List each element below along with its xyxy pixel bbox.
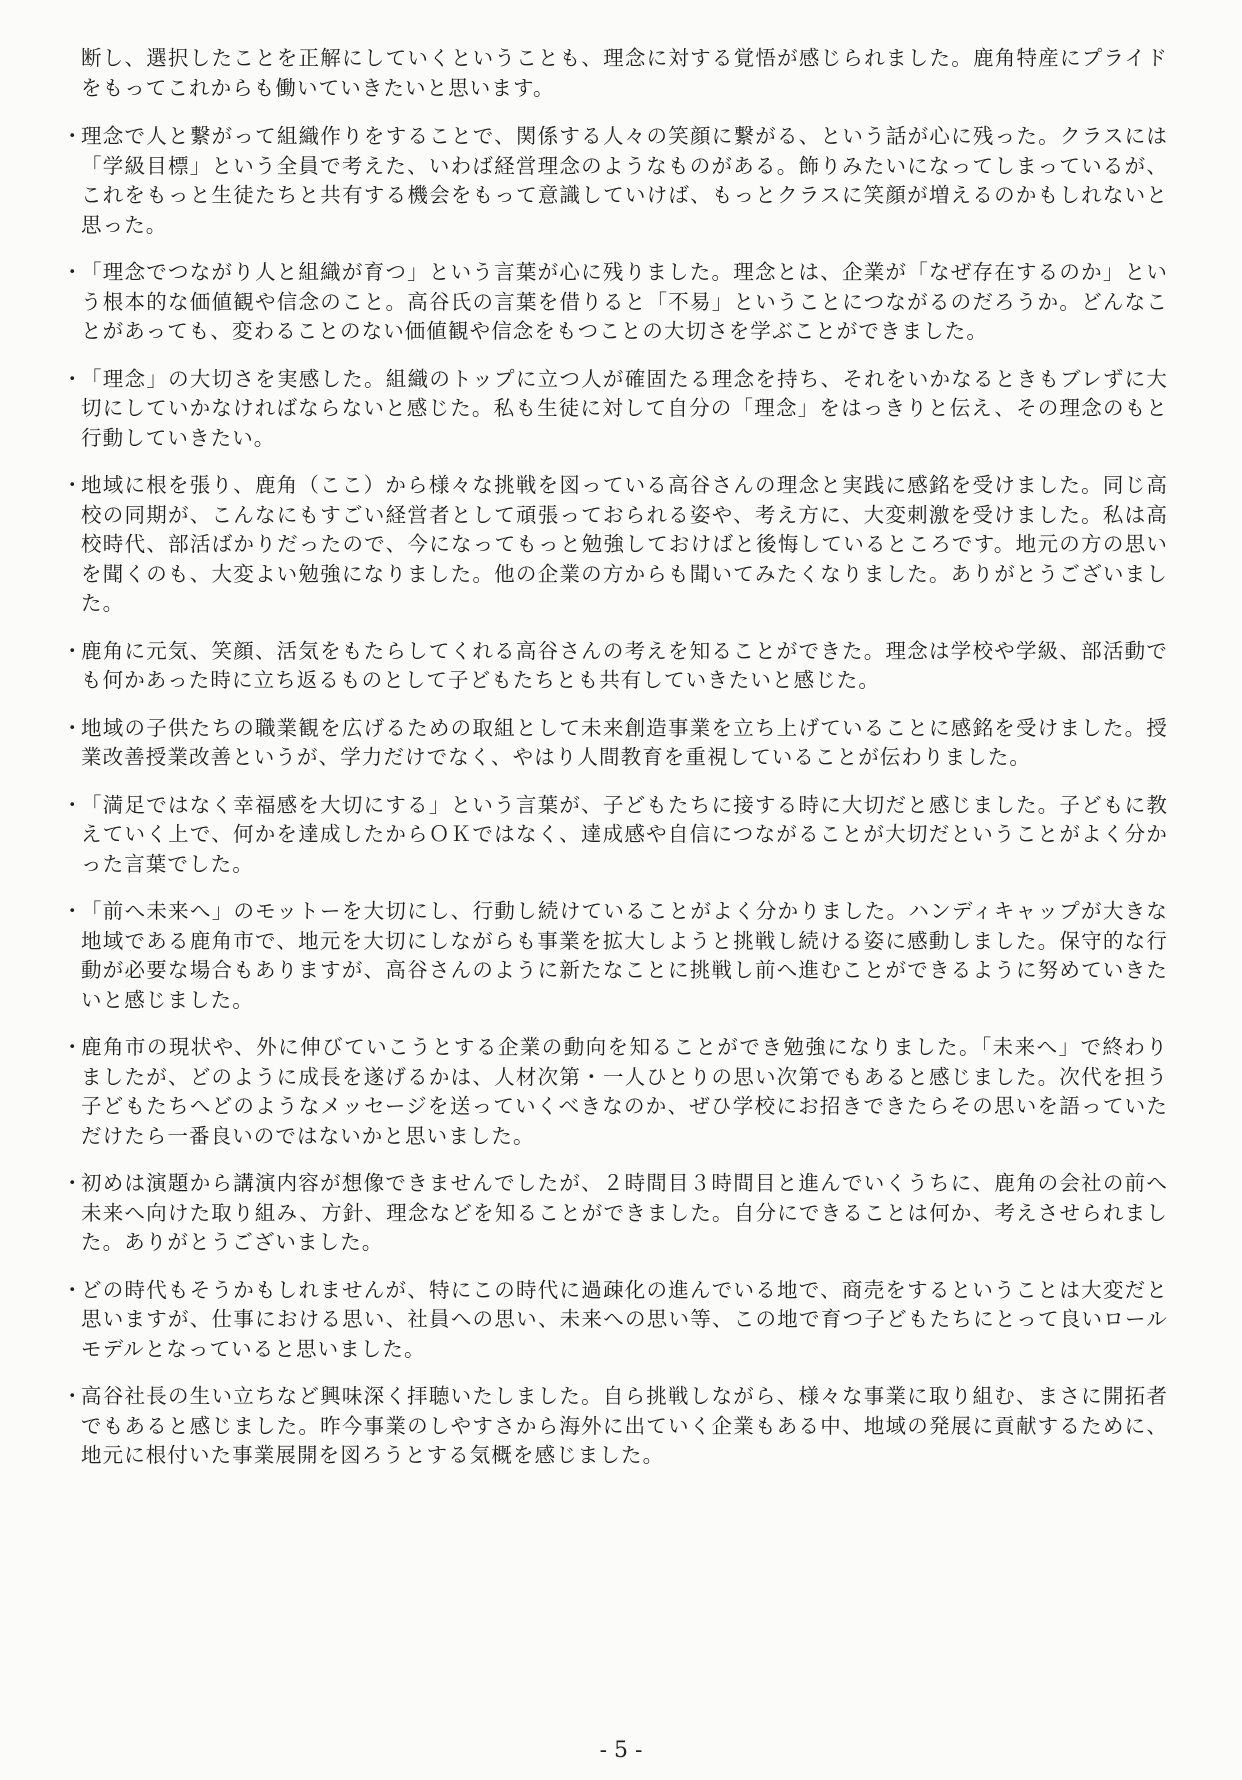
comment-text: 鹿角に元気、笑顔、活気をもたらしてくれる高谷さんの考えを知ることができた。理念は… bbox=[81, 637, 1168, 696]
bullet-icon: ・ bbox=[62, 1276, 78, 1306]
page-number: - 5 - bbox=[0, 1738, 1242, 1763]
comment-item: ・ 高谷社長の生い立ちなど興味深く拝聴いたしました。自ら挑戦しながら、様々な事業… bbox=[62, 1382, 1168, 1471]
comment-item: ・ 「理念でつながり人と組織が育つ」という言葉が心に残りました。理念とは、企業が… bbox=[62, 258, 1168, 347]
comment-item: ・ 地域に根を張り、鹿角（ここ）から様々な挑戦を図っている高谷さんの理念と実践に… bbox=[62, 471, 1168, 619]
bullet-icon: ・ bbox=[62, 1033, 78, 1063]
bullet-icon: ・ bbox=[62, 1169, 78, 1199]
bullet-icon: ・ bbox=[62, 122, 78, 152]
bullet-icon: ・ bbox=[62, 791, 78, 821]
comment-text: 高谷社長の生い立ちなど興味深く拝聴いたしました。自ら挑戦しながら、様々な事業に取… bbox=[81, 1382, 1168, 1471]
comment-text: 理念で人と繋がって組織作りをすることで、関係する人々の笑顔に繋がる、という話が心… bbox=[81, 122, 1168, 240]
comment-item: ・ どの時代もそうかもしれませんが、特にこの時代に過疎化の進んでいる地で、商売を… bbox=[62, 1276, 1168, 1365]
continuation-paragraph: 断し、選択したことを正解にしていくということも、理念に対する覚悟が感じられました… bbox=[62, 44, 1168, 103]
bullet-icon: ・ bbox=[62, 258, 78, 288]
comment-text: 「満足ではなく幸福感を大切にする」という言葉が、子どもたちに接する時に大切だと感… bbox=[81, 791, 1168, 880]
comment-text: 地域の子供たちの職業観を広げるための取組として未来創造事業を立ち上げていることに… bbox=[81, 714, 1168, 773]
bullet-icon: ・ bbox=[62, 471, 78, 501]
bullet-icon: ・ bbox=[62, 365, 78, 395]
bullet-icon: ・ bbox=[62, 1382, 78, 1412]
bullet-icon: ・ bbox=[62, 637, 78, 667]
bullet-icon: ・ bbox=[62, 714, 78, 744]
comment-item: ・ 地域の子供たちの職業観を広げるための取組として未来創造事業を立ち上げているこ… bbox=[62, 714, 1168, 773]
comment-text: どの時代もそうかもしれませんが、特にこの時代に過疎化の進んでいる地で、商売をする… bbox=[81, 1276, 1168, 1365]
bullet-icon: ・ bbox=[62, 897, 78, 927]
comment-text: 「理念でつながり人と組織が育つ」という言葉が心に残りました。理念とは、企業が「な… bbox=[81, 258, 1168, 347]
comment-item: ・ 「満足ではなく幸福感を大切にする」という言葉が、子どもたちに接する時に大切だ… bbox=[62, 791, 1168, 880]
paragraph-text: 断し、選択したことを正解にしていくということも、理念に対する覚悟が感じられました… bbox=[81, 44, 1168, 103]
comment-text: 初めは演題から講演内容が想像できませんでしたが、２時間目３時間目と進んでいくうち… bbox=[81, 1169, 1168, 1258]
comment-text: 「理念」の大切さを実感した。組織のトップに立つ人が確固たる理念を持ち、それをいか… bbox=[81, 365, 1168, 454]
comment-item: ・ 「前へ未来へ」のモットーを大切にし、行動し続けていることがよく分かりました。… bbox=[62, 897, 1168, 1015]
comment-item: ・ 鹿角市の現状や、外に伸びていこうとする企業の動向を知ることができ勉強になりま… bbox=[62, 1033, 1168, 1151]
document-page: 断し、選択したことを正解にしていくということも、理念に対する覚悟が感じられました… bbox=[62, 44, 1168, 1489]
comment-item: ・ 「理念」の大切さを実感した。組織のトップに立つ人が確固たる理念を持ち、それを… bbox=[62, 365, 1168, 454]
comment-item: ・ 鹿角に元気、笑顔、活気をもたらしてくれる高谷さんの考えを知ることができた。理… bbox=[62, 637, 1168, 696]
comment-item: ・ 初めは演題から講演内容が想像できませんでしたが、２時間目３時間目と進んでいく… bbox=[62, 1169, 1168, 1258]
comment-item: ・ 理念で人と繋がって組織作りをすることで、関係する人々の笑顔に繋がる、という話… bbox=[62, 122, 1168, 240]
comment-text: 鹿角市の現状や、外に伸びていこうとする企業の動向を知ることができ勉強になりました… bbox=[81, 1033, 1168, 1151]
comment-text: 地域に根を張り、鹿角（ここ）から様々な挑戦を図っている高谷さんの理念と実践に感銘… bbox=[81, 471, 1168, 619]
comment-text: 「前へ未来へ」のモットーを大切にし、行動し続けていることがよく分かりました。ハン… bbox=[81, 897, 1168, 1015]
